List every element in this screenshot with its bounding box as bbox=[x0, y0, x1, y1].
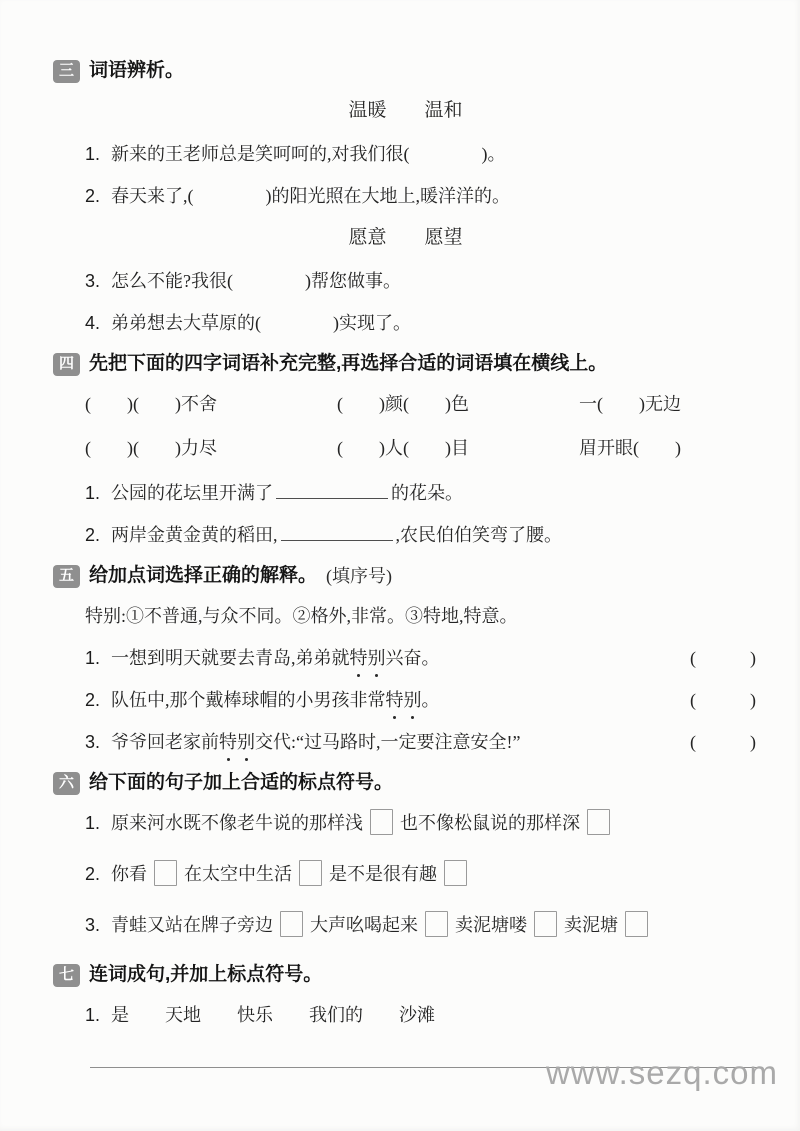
idiom-fill-grid: ( )( )不舍 ( )颜( )色 一( )无边 ( )( )力尽 ( )人( … bbox=[85, 390, 756, 462]
punctuation-box bbox=[425, 911, 448, 937]
exercise-item: 3.青蛙又站在牌子旁边大声吆喝起来卖泥塘喽卖泥塘 bbox=[85, 911, 756, 939]
exercise-item: 1.是 天地 快乐 我们的 沙滩 bbox=[85, 1001, 756, 1029]
sentence-segment: 大声吆喝起来 bbox=[310, 915, 418, 935]
section-number-badge: 五 bbox=[53, 565, 80, 588]
section-word-discrimination: 三 词语辨析。 温暖 温和 1.新来的王老师总是笑呵呵的,对我们很( )。 2.… bbox=[55, 58, 756, 337]
section-note: (填序号) bbox=[326, 563, 392, 589]
item-number: 3. bbox=[85, 728, 100, 756]
section-title: 先把下面的四字词语补充完整,再选择合适的词语填在横线上。 bbox=[89, 351, 607, 377]
item-text-pre: 队伍中,那个戴棒球帽的小男孩非常 bbox=[111, 690, 386, 710]
item-text: 两岸金黄金黄的稻田, bbox=[111, 525, 278, 545]
item-text: 新来的王老师总是笑呵呵的,对我们很( )。 bbox=[111, 144, 506, 164]
idiom-item: 眉开眼( ) bbox=[579, 434, 756, 462]
item-number: 3. bbox=[85, 915, 100, 935]
answer-slot: ( ) bbox=[690, 686, 756, 714]
answer-slot: ( ) bbox=[690, 644, 756, 672]
section-number-badge: 三 bbox=[53, 60, 80, 83]
section-number-badge: 六 bbox=[53, 772, 80, 795]
section-header: 七 连词成句,并加上标点符号。 bbox=[53, 962, 756, 988]
punctuation-box bbox=[534, 911, 557, 937]
idiom-item: ( )( )力尽 bbox=[85, 434, 337, 462]
exercise-item: 1. 一想到明天就要去青岛,弟弟就特别兴奋。 ( ) bbox=[85, 644, 756, 672]
section-idiom-completion: 四 先把下面的四字词语补充完整,再选择合适的词语填在横线上。 ( )( )不舍 … bbox=[55, 351, 756, 549]
sentence-segment: 卖泥塘喽 bbox=[455, 915, 527, 935]
punctuation-box bbox=[370, 809, 393, 835]
exercise-item: 3. 爷爷回老家前特别交代:“过马路时,一定要注意安全!” ( ) bbox=[85, 728, 756, 756]
word-choice-pair: 温暖 温和 bbox=[55, 97, 756, 125]
idiom-item: ( )颜( )色 bbox=[337, 390, 579, 418]
item-text: 怎么不能?我很( )帮您做事。 bbox=[111, 271, 401, 291]
exercise-item: 2.你看在太空中生活是不是很有趣 bbox=[85, 860, 756, 888]
section-header: 五 给加点词选择正确的解释。(填序号) bbox=[53, 563, 756, 589]
sentence-segment: 卖泥塘 bbox=[564, 915, 618, 935]
section-title: 连词成句,并加上标点符号。 bbox=[89, 962, 322, 988]
exercise-item: 1.新来的王老师总是笑呵呵的,对我们很( )。 bbox=[85, 140, 756, 168]
word-choice-pair: 愿意 愿望 bbox=[55, 224, 756, 252]
item-text: 一想到明天就要去青岛,弟弟就特别兴奋。 bbox=[111, 644, 686, 672]
section-punctuation: 六 给下面的句子加上合适的标点符号。 1.原来河水既不像老牛说的那样浅也不像松鼠… bbox=[55, 770, 756, 939]
sentence-segment: 在太空中生活 bbox=[184, 864, 292, 884]
answer-slot: ( ) bbox=[690, 728, 756, 756]
section-number-badge: 四 bbox=[53, 353, 80, 376]
exercise-item: 4.弟弟想去大草原的( )实现了。 bbox=[85, 309, 756, 337]
item-number: 2. bbox=[85, 525, 100, 545]
exercise-item: 2. 队伍中,那个戴棒球帽的小男孩非常特别。 ( ) bbox=[85, 686, 756, 714]
sentence-segment: 是不是很有趣 bbox=[329, 864, 437, 884]
definitions-intro: 特别:①不普通,与众不同。②格外,非常。③特地,特意。 bbox=[85, 602, 756, 630]
section-title: 给加点词选择正确的解释。 bbox=[89, 563, 317, 589]
item-number: 1. bbox=[85, 144, 100, 164]
emphasized-word: 特别 bbox=[386, 686, 422, 714]
idiom-item: 一( )无边 bbox=[579, 390, 756, 418]
exercise-item: 3.怎么不能?我很( )帮您做事。 bbox=[85, 267, 756, 295]
sentence-segment: 也不像松鼠说的那样深 bbox=[400, 813, 580, 833]
sentence-segment: 青蛙又站在牌子旁边 bbox=[111, 915, 273, 935]
section-title: 词语辨析。 bbox=[89, 58, 184, 84]
punctuation-box bbox=[444, 860, 467, 886]
punctuation-box bbox=[280, 911, 303, 937]
item-text-post: 兴奋。 bbox=[386, 648, 440, 668]
section-title: 给下面的句子加上合适的标点符号。 bbox=[89, 770, 393, 796]
item-number: 1. bbox=[85, 644, 100, 672]
fill-blank bbox=[281, 525, 393, 541]
punctuation-box bbox=[587, 809, 610, 835]
item-text: 是 天地 快乐 我们的 沙滩 bbox=[111, 1005, 435, 1025]
idiom-item: ( )( )不舍 bbox=[85, 390, 337, 418]
fill-blank bbox=[276, 483, 388, 499]
item-number: 3. bbox=[85, 271, 100, 291]
section-sentence-building: 七 连词成句,并加上标点符号。 1.是 天地 快乐 我们的 沙滩 bbox=[55, 962, 756, 1029]
exercise-item: 1.公园的花坛里开满了的花朵。 bbox=[85, 479, 756, 507]
idiom-item: ( )人( )目 bbox=[337, 434, 579, 462]
item-number: 1. bbox=[85, 483, 100, 503]
item-text: 弟弟想去大草原的( )实现了。 bbox=[111, 313, 411, 333]
exercise-item: 1.原来河水既不像老牛说的那样浅也不像松鼠说的那样深 bbox=[85, 809, 756, 837]
emphasized-word: 特别 bbox=[219, 728, 255, 756]
item-number: 1. bbox=[85, 1005, 100, 1025]
sentence-segment: 原来河水既不像老牛说的那样浅 bbox=[111, 813, 363, 833]
item-text-pre: 爷爷回老家前 bbox=[111, 732, 219, 752]
item-text-post: 。 bbox=[422, 690, 440, 710]
section-header: 三 词语辨析。 bbox=[53, 58, 756, 84]
worksheet-content: 三 词语辨析。 温暖 温和 1.新来的王老师总是笑呵呵的,对我们很( )。 2.… bbox=[0, 0, 800, 1029]
item-number: 2. bbox=[85, 686, 100, 714]
exercise-item: 2.两岸金黄金黄的稻田,,农民伯伯笑弯了腰。 bbox=[85, 521, 756, 549]
section-number-badge: 七 bbox=[53, 964, 80, 987]
item-text: 爷爷回老家前特别交代:“过马路时,一定要注意安全!” bbox=[111, 728, 686, 756]
item-number: 1. bbox=[85, 813, 100, 833]
punctuation-box bbox=[154, 860, 177, 886]
item-number: 2. bbox=[85, 864, 100, 884]
item-text-pre: 一想到明天就要去青岛,弟弟就 bbox=[111, 648, 350, 668]
watermark-text: www.sezq.com bbox=[546, 1056, 778, 1090]
emphasized-word: 特别 bbox=[350, 644, 386, 672]
item-text: 的花朵。 bbox=[391, 483, 463, 503]
item-text: 春天来了,( )的阳光照在大地上,暖洋洋的。 bbox=[111, 186, 510, 206]
item-number: 2. bbox=[85, 186, 100, 206]
item-number: 4. bbox=[85, 313, 100, 333]
item-text: 公园的花坛里开满了 bbox=[111, 483, 273, 503]
sentence-segment: 你看 bbox=[111, 864, 147, 884]
worksheet-page: 三 词语辨析。 温暖 温和 1.新来的王老师总是笑呵呵的,对我们很( )。 2.… bbox=[0, 0, 800, 1131]
punctuation-box bbox=[625, 911, 648, 937]
punctuation-box bbox=[299, 860, 322, 886]
item-text-post: 交代:“过马路时,一定要注意安全!” bbox=[255, 732, 520, 752]
item-text: ,农民伯伯笑弯了腰。 bbox=[396, 525, 563, 545]
section-word-meaning-choice: 五 给加点词选择正确的解释。(填序号) 特别:①不普通,与众不同。②格外,非常。… bbox=[55, 563, 756, 756]
section-header: 四 先把下面的四字词语补充完整,再选择合适的词语填在横线上。 bbox=[53, 351, 756, 377]
section-header: 六 给下面的句子加上合适的标点符号。 bbox=[53, 770, 756, 796]
item-text: 队伍中,那个戴棒球帽的小男孩非常特别。 bbox=[111, 686, 686, 714]
exercise-item: 2.春天来了,( )的阳光照在大地上,暖洋洋的。 bbox=[85, 182, 756, 210]
